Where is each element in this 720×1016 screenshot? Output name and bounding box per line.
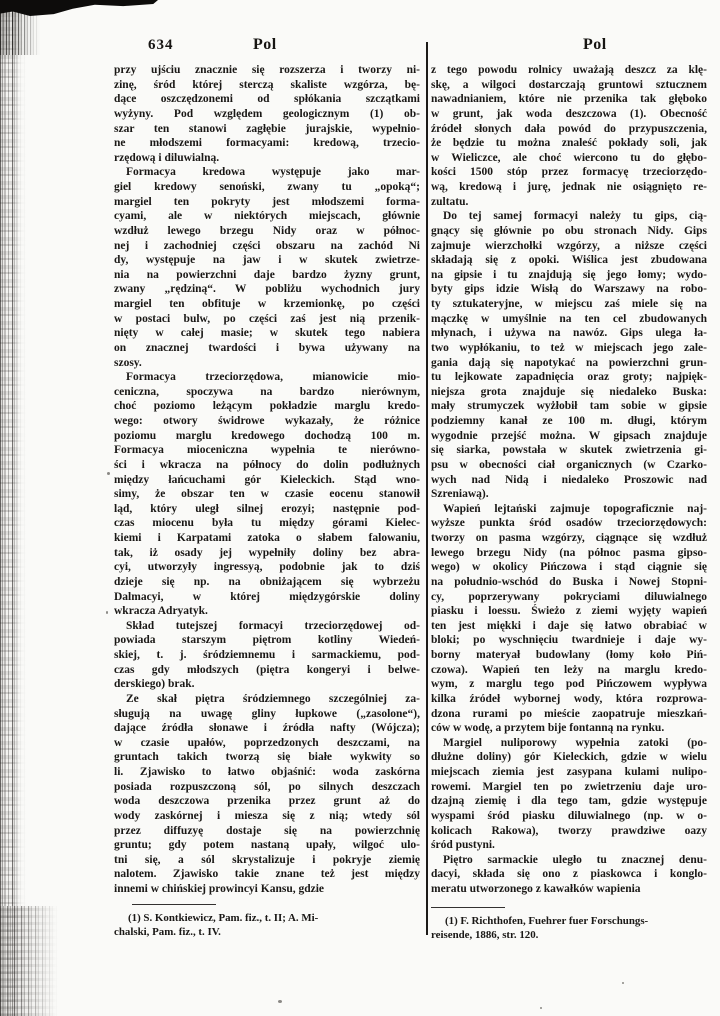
text-line: meratu utworzonego z kawałków wapienia xyxy=(431,882,707,897)
text-line: Skład tutejszej formacyi trzeciorzędowej… xyxy=(114,619,420,634)
text-line: śród pustyni. xyxy=(431,838,707,853)
text-line: Formacya trzeciorzędowa, mianowicie mio- xyxy=(114,370,420,385)
text-line: młynach, i używa na nawóz. Gips ulega ła… xyxy=(431,326,707,341)
text-line: two wypłókaniu, to też w miejscach jego … xyxy=(431,341,707,356)
text-line: między łańcuchami gór Kieleckich. Stąd w… xyxy=(114,473,420,488)
text-line: źródeł słonych dała powód do przypuszcze… xyxy=(431,122,707,137)
footnote-separator-left xyxy=(132,904,216,905)
text-line: gruntach takich tworzą się białe wykwity… xyxy=(114,750,420,765)
text-line: tworzy on pasma wzgórzy, ciągnące się wz… xyxy=(431,531,707,546)
text-line: dające źródła słonawe i źródła nafty (Wó… xyxy=(114,721,420,736)
text-line: wyspami śród piasku diluwialnego (np. w … xyxy=(431,809,707,824)
column-divider-rule xyxy=(426,42,428,935)
paragraph: z tego powodu rolnicy uważają deszcz za … xyxy=(431,63,707,209)
scanned-book-page: 634 Pol Pol przy ujściu znacznie się roz… xyxy=(0,0,720,1016)
text-line: piasku i loessu. Świeżo z ziemi wyjęty w… xyxy=(431,604,707,619)
text-line: cyi, utworzyły ingressyą, podobnie jak t… xyxy=(114,560,420,575)
text-line: dacyi, składa się ono z piaskowca i kong… xyxy=(431,867,707,882)
text-line: woda deszczowa przenika przez grunt aż d… xyxy=(114,794,420,809)
text-line: choć poziomo leżącym pokładzie marglu kr… xyxy=(114,399,420,414)
text-line: Formacya kredowa występuje jako mar- xyxy=(114,165,420,180)
text-line: margiel ten obfituje w krzemionkę, po cz… xyxy=(114,297,420,312)
text-line: skiej, t. j. śródziemnemu i sarmackiemu,… xyxy=(114,648,420,663)
text-line: ty sztukateryjne, w miejscu zaś miele si… xyxy=(431,297,707,312)
text-line: borny materyał budowlany (łomy koło Piń- xyxy=(431,648,707,663)
text-line: podziemny kanał ze 100 m. długi, którym xyxy=(431,414,707,429)
text-line: w postaci bulw, po części zaś jest nią p… xyxy=(114,312,420,327)
paragraph: Margiel nuliporowy wypełnia zatoki (po-d… xyxy=(431,736,707,853)
text-line: psu w obecności ciał organicznych (w Cza… xyxy=(431,458,707,473)
page-number: 634 xyxy=(148,37,174,54)
scan-ink-blob xyxy=(0,0,158,16)
text-line: nia na powierzchni daje bardzo żyzny gru… xyxy=(114,268,420,283)
text-line: szosy. xyxy=(114,356,420,371)
text-line: Margiel nuliporowy wypełnia zatoki (po- xyxy=(431,736,707,751)
text-line: składają się z opoki. Wiślica jest zbudo… xyxy=(431,253,707,268)
text-line: gruntu; gdy potem nastaną upały, wilgoć … xyxy=(114,838,420,853)
scan-gutter-artifact xyxy=(0,0,26,1016)
text-line: wych nad Nidą i niedaleko Proszowic nad xyxy=(431,473,707,488)
text-line: niejsza grota znajduje się niedaleko Bus… xyxy=(431,385,707,400)
text-line: Do tej samej formacyi należy tu gips, ci… xyxy=(431,209,707,224)
text-line: giel kredowy senoński, zwany tu „opoką“; xyxy=(114,180,420,195)
footnote-line: reisende, 1886, str. 120. xyxy=(431,928,707,942)
text-line: przy ujściu znacznie się rozszerza i two… xyxy=(114,63,420,78)
text-line: się siarka, powstała w skutek zwietrzeni… xyxy=(431,443,707,458)
text-line: rzędową i diluwialną. xyxy=(114,151,420,166)
text-line: mały strumyczek wyżłobił tam sobie w gip… xyxy=(431,399,707,414)
text-line: gania dają się napotykać na powierzchni … xyxy=(431,356,707,371)
running-head-right: Pol xyxy=(583,36,607,54)
footnote-separator-right xyxy=(431,907,505,908)
text-line: w czasie upałów, poprzedzonych deszczami… xyxy=(114,736,420,751)
text-line: dące oszczędzonemi od spłókania szczątka… xyxy=(114,92,420,107)
text-line: wzdłuż lewego brzegu Nidy oraz w północ- xyxy=(114,224,420,239)
text-line: byty gips idzie Wisłą do Warszawy na rob… xyxy=(431,282,707,297)
footnote-right: (1) F. Richthofen, Fuehrer fuer Forschun… xyxy=(431,914,707,942)
text-line: wyżyny. Pod względem geologicznym (1) ob… xyxy=(114,107,420,122)
scan-speck xyxy=(106,611,108,614)
text-line: przez diffuzyę dostaje się na powierzchn… xyxy=(114,824,420,839)
text-line: on znacznej twardości i bywa używany na xyxy=(114,341,420,356)
paragraph: przy ujściu znacznie się rozszerza i two… xyxy=(114,63,420,165)
text-line: lewego brzegu Nidy (na północ pasma gips… xyxy=(431,546,707,561)
text-line: nięty w całej masie; w skutek tego nabie… xyxy=(114,326,420,341)
footnote-line: (1) F. Richthofen, Fuehrer fuer Forschun… xyxy=(431,914,707,928)
text-line: ne młodszemi formacyami: kredową, trzeci… xyxy=(114,136,420,151)
text-line: wego) w okolicy Pińczowa i stąd ciągnie … xyxy=(431,560,707,575)
text-line: li. Zjawisko to łatwo objaśnić: woda zas… xyxy=(114,765,420,780)
paragraph: Piętro sarmackie uległo tu znacznej denu… xyxy=(431,853,707,897)
text-line: nalotem. Zjawisko takie znane też jest m… xyxy=(114,867,420,882)
text-line: nawadnianiem, które nie przenika tak głę… xyxy=(431,92,707,107)
text-line: kiemi i Karpatami zatoka o słabem falowa… xyxy=(114,531,420,546)
text-line: dzona rurami po mieście zaopatruje miesz… xyxy=(431,707,707,722)
text-line: dłużne doliny) gór Kieleckich, gdzie w w… xyxy=(431,750,707,765)
text-line: dzajną ziemię i dla tego tam, gdzie wyst… xyxy=(431,794,707,809)
paragraph: Do tej samej formacyi należy tu gips, ci… xyxy=(431,209,707,502)
text-line: ceniczna, spoczywa na bardzo nierównym, xyxy=(114,385,420,400)
text-line: kolicach Rakowa), tworzy prawdziwe oazy xyxy=(431,824,707,839)
text-line: margiel ten pokryty jest młodszemi forma… xyxy=(114,195,420,210)
scan-speck xyxy=(278,1000,282,1003)
text-line: wkracza Adryatyk. xyxy=(114,604,420,619)
text-line: czas miocenu była tu między górami Kiele… xyxy=(114,516,420,531)
text-line: ców w wodę, a przytem bije fontanną na r… xyxy=(431,721,707,736)
text-line: mączkę w umyślnie na ten cel zbudowanych xyxy=(431,312,707,327)
text-line: skę, a wilgoci dostarczają gruntowi sztu… xyxy=(431,78,707,93)
text-line: rowemi. Margiel ten po zwietrzeniu daje … xyxy=(431,780,707,795)
text-line: tak, iż osady jej wypełniły doliny bez a… xyxy=(114,546,420,561)
footnote-line: (1) S. Kontkiewicz, Pam. fiz., t. II; A.… xyxy=(114,911,420,925)
text-line: ląd, który uległ silnej erozyi; następni… xyxy=(114,502,420,517)
footnote-left: (1) S. Kontkiewicz, Pam. fiz., t. II; A.… xyxy=(114,911,420,939)
text-line: simy, że obszar ten w czasie eocenu stan… xyxy=(114,487,420,502)
text-line: dzieje się np. na obniżającem się wybrze… xyxy=(114,575,420,590)
text-line: Szreniawą). xyxy=(431,487,707,502)
text-line: zultatu. xyxy=(431,195,707,210)
scan-speck xyxy=(107,472,110,475)
text-line: wyższe punkta śród osadów trzeciorzędowy… xyxy=(431,516,707,531)
text-line: dy, występuje na jaw i w skutek zwietrze… xyxy=(114,253,420,268)
text-line: w grunt, jak woda deszczowa (1). Obecnoś… xyxy=(431,107,707,122)
text-line: szar ten stanowi zagłębie jurajskie, wyp… xyxy=(114,122,420,137)
text-line: kilka źródeł wybornej wody, która rozpro… xyxy=(431,692,707,707)
text-line: że będzie tu można znaleść pokłady soli,… xyxy=(431,136,707,151)
text-line: na gipsie i tu znajdują się jego łomy; w… xyxy=(431,268,707,283)
text-line: miejscach ziemia jest zasypana kulami nu… xyxy=(431,765,707,780)
text-line: czas gdy młodszych (piętra kongeryi i be… xyxy=(114,663,420,678)
text-line: zajmuje wierzchołki wzgórzy, a niższe cz… xyxy=(431,239,707,254)
running-head-left: Pol xyxy=(253,36,277,54)
text-line: zinę, śród której sterczą skaliste wzgór… xyxy=(114,78,420,93)
text-line: cy, poprzerywany pokryciami diluwialnego xyxy=(431,590,707,605)
text-line: tni się, a sól skrystalizuje i pokryje z… xyxy=(114,853,420,868)
text-line: wygodnie przejść można. W gipsach znajdu… xyxy=(431,429,707,444)
text-line: powiada starszym piętrom kotliny Wiedeń- xyxy=(114,633,420,648)
paragraph: Ze skał piętra śródziemnego szczególniej… xyxy=(114,692,420,897)
text-line: zwany „rędziną“. W pobliżu wychodnich ju… xyxy=(114,282,420,297)
text-line: gnący się głównie po obu stronach Nidy. … xyxy=(431,224,707,239)
text-line: sługują na uwagę gliny łupkowe („zasolon… xyxy=(114,707,420,722)
text-line: tu lejkowate zapadnięcia oraz groty; naj… xyxy=(431,370,707,385)
left-column: przy ujściu znacznie się rozszerza i two… xyxy=(114,63,420,897)
text-line: ści i wkracza na północy do dolin podłuż… xyxy=(114,458,420,473)
text-line: Formacya mioceniczna wypełnia te nierówn… xyxy=(114,443,420,458)
text-line: kości 1500 stóp przez formacyę trzeciorz… xyxy=(431,165,707,180)
scan-speck xyxy=(540,1007,542,1009)
paragraph: Wapień lejtański zajmuje topograficznie … xyxy=(431,502,707,736)
text-line: cyami, ale w niektórych miejscach, główn… xyxy=(114,209,420,224)
text-line: ten jest miękki i daje się łatwo obrabia… xyxy=(431,619,707,634)
text-line: wą, kredową i jurę, jednak nie osiągnięt… xyxy=(431,180,707,195)
text-line: wego: otwory świdrowe wykazały, że różni… xyxy=(114,414,420,429)
text-line: nej i zachodniej części obszaru na zachó… xyxy=(114,239,420,254)
text-line: z tego powodu rolnicy uważają deszcz za … xyxy=(431,63,707,78)
text-line: innemi w chińskiej prowincyi Kansu, gdzi… xyxy=(114,882,420,897)
text-line: wym, z marglu tego pod Pińczowem wypływa xyxy=(431,677,707,692)
right-column: z tego powodu rolnicy uważają deszcz za … xyxy=(431,63,707,897)
text-line: posiada rozpuszczoną sól, po silnych des… xyxy=(114,780,420,795)
scan-speck xyxy=(622,982,624,984)
text-line: Piętro sarmackie uległo tu znacznej denu… xyxy=(431,853,707,868)
paragraph: Skład tutejszej formacyi trzeciorzędowej… xyxy=(114,619,420,692)
paragraph: Formacya kredowa występuje jako mar-giel… xyxy=(114,165,420,370)
text-line: Ze skał piętra śródziemnego szczególniej… xyxy=(114,692,420,707)
footnote-line: chalski, Pam. fiz., t. IV. xyxy=(114,925,420,939)
text-line: w Wieliczce, ale choć wiercono tu do głę… xyxy=(431,151,707,166)
text-line: wody zaskórnej i miesza się z nią; wtedy… xyxy=(114,809,420,824)
text-line: na południo-wschód do Buska i Nowej Stop… xyxy=(431,575,707,590)
text-line: Wapień lejtański zajmuje topograficznie … xyxy=(431,502,707,517)
text-line: poziomu marglu kredowego dochodzą 100 m. xyxy=(114,429,420,444)
text-line: bloki; po wyschnięciu twardnieje i daje … xyxy=(431,633,707,648)
text-line: derskiego) brak. xyxy=(114,677,420,692)
paragraph: Formacya trzeciorzędowa, mianowicie mio-… xyxy=(114,370,420,619)
scan-gutter-bottom-artifact xyxy=(0,906,58,1016)
text-line: czowa). Wapień ten leży na marglu kredo- xyxy=(431,663,707,678)
text-line: Dalmacyi, w której międzygórskie doliny xyxy=(114,590,420,605)
